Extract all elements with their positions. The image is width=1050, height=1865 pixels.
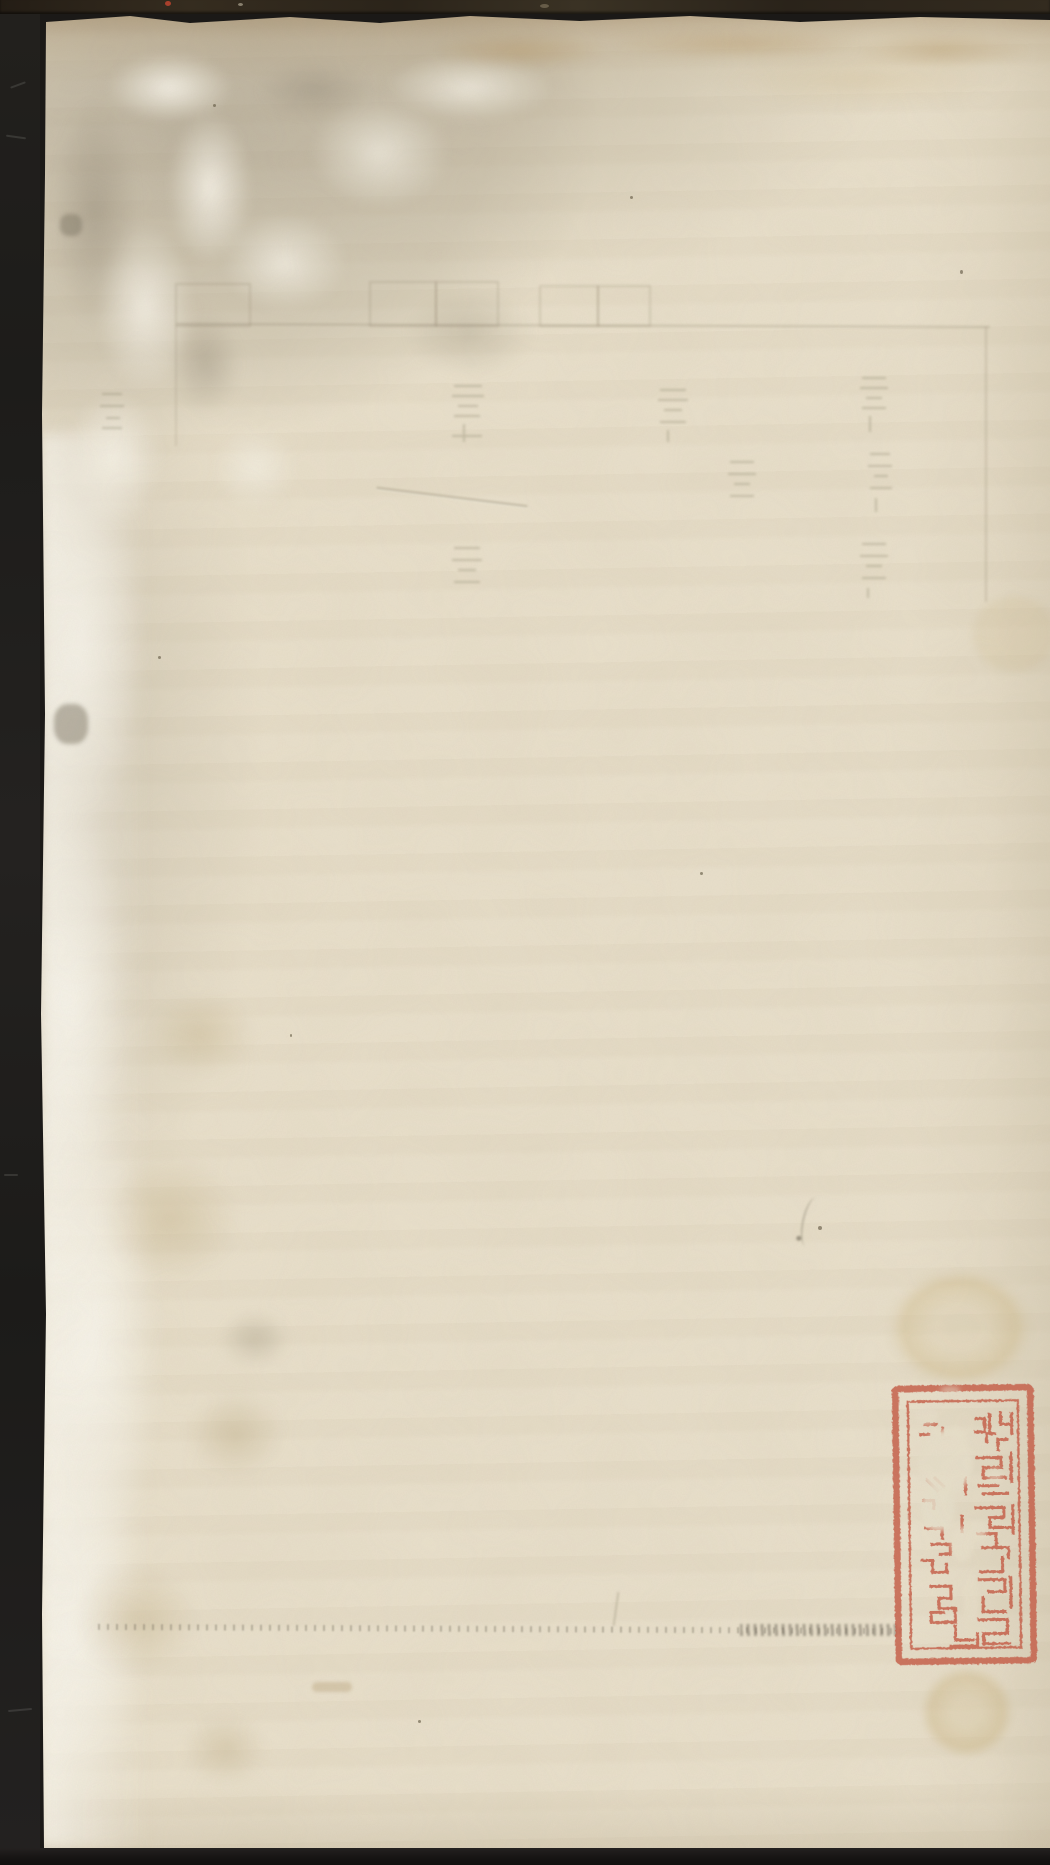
top-edge-tan-stains: [440, 20, 1050, 115]
seal-inner-border: [908, 1400, 1021, 1649]
left-edge-white-streak: [40, 434, 205, 1848]
scratch-mark: [8, 1708, 32, 1712]
speck: [700, 872, 703, 875]
collector-seal-stamp: [890, 1381, 1040, 1669]
speck: [960, 270, 963, 274]
scan-root: [0, 0, 1050, 1865]
light-fleck: [540, 4, 549, 8]
mount-top-edge: [0, 0, 1050, 14]
speck: [418, 1720, 421, 1723]
grey-spot: [54, 704, 88, 744]
fold-smudge-line: [98, 1624, 904, 1634]
paper-grain-texture: [40, 14, 1050, 1848]
grey-spot: [60, 214, 82, 236]
fold-smudge-dense-segment: [740, 1624, 900, 1636]
bottom-left-stains: [50, 914, 320, 1844]
water-stain-above-seal: [885, 1266, 1035, 1390]
water-stain-right-edge: [968, 592, 1050, 676]
red-fleck: [165, 1, 171, 6]
seal-script-glyphs: [920, 1412, 1014, 1646]
speck: [158, 656, 161, 659]
faint-table-bleed-through: [40, 14, 1050, 1848]
bleed-horizontal-rule: [176, 324, 990, 327]
speck: [630, 196, 633, 199]
seal-outer-border: [895, 1387, 1034, 1662]
light-fleck: [238, 3, 243, 6]
bleed-character-columns: [100, 378, 892, 598]
seal-faded-blotches: [915, 1385, 1004, 1622]
scratch-mark: [4, 1174, 18, 1176]
diagonal-crease-line: [376, 487, 527, 508]
speck: [213, 104, 216, 107]
bleed-header-boxes: [176, 282, 650, 326]
upper-left-mottled-stain: [50, 28, 550, 588]
scratch-mark: [6, 135, 26, 140]
mount-left-edge: [0, 14, 40, 1848]
scratch-mark: [10, 81, 26, 88]
paper-sheet: [40, 14, 1050, 1848]
speck: [290, 1034, 292, 1037]
tan-dash-stain: [312, 1682, 352, 1692]
vertical-crease-line: [613, 1592, 620, 1626]
ink-smudge-mark: [797, 1196, 825, 1249]
speck: [818, 1226, 822, 1230]
mount-bottom-edge: [0, 1848, 1050, 1865]
water-stain-below-seal: [920, 1666, 1014, 1758]
